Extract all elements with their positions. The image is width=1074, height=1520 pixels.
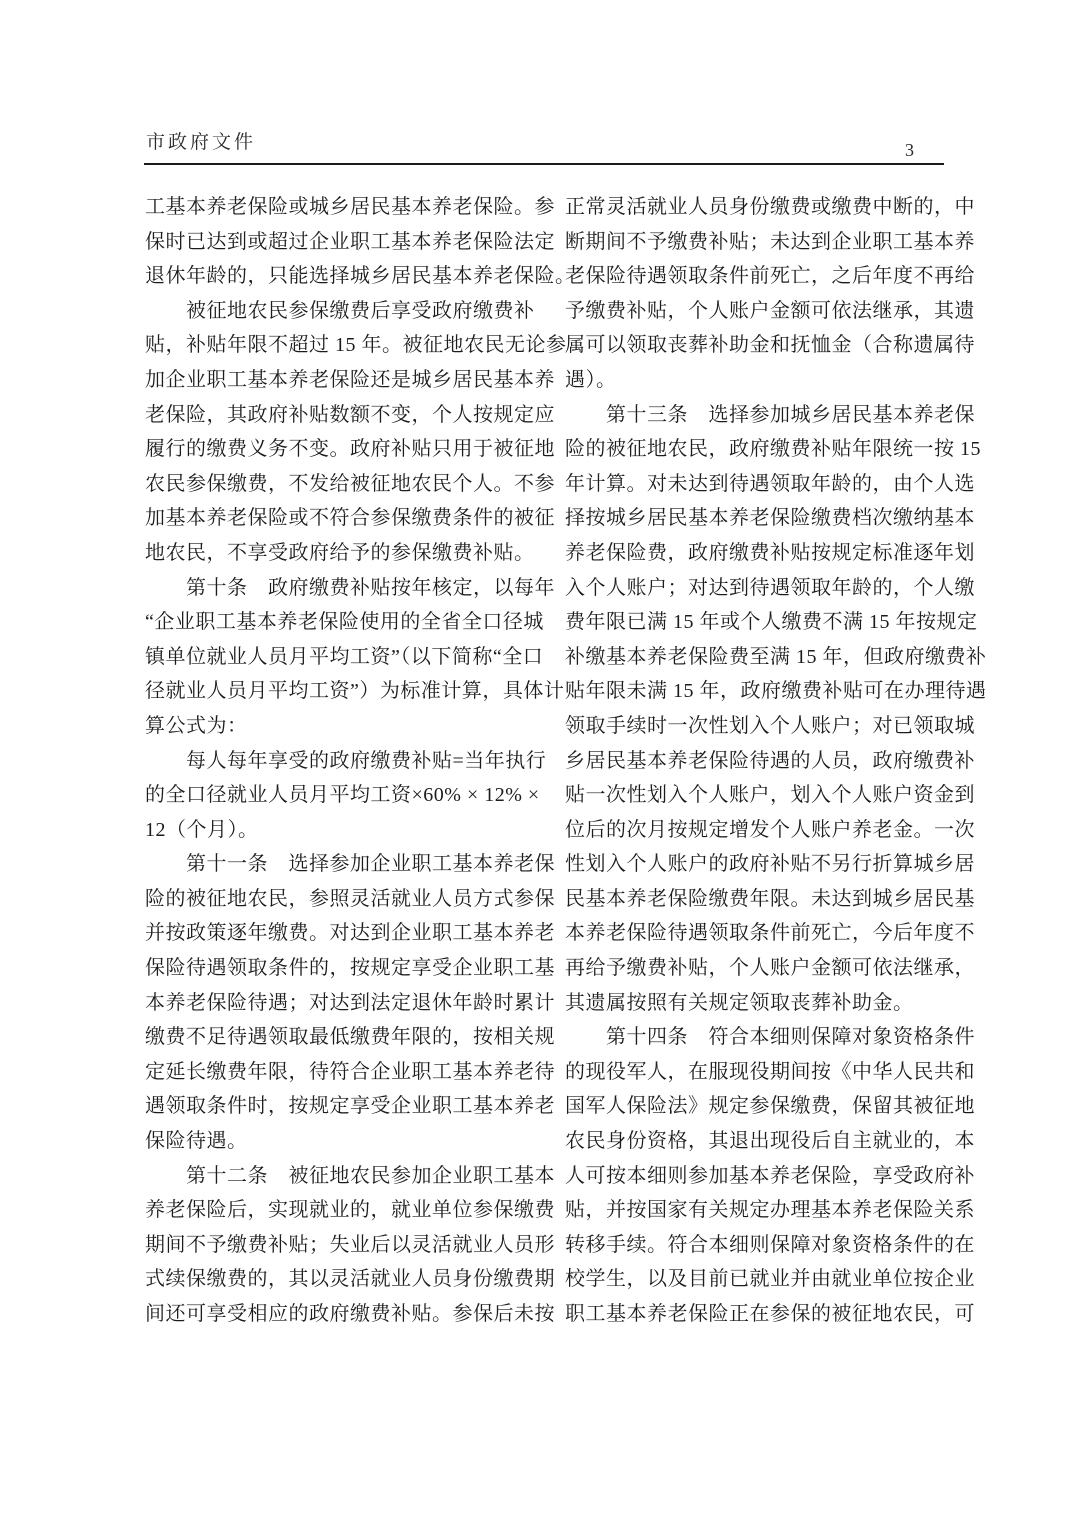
text-line: 费年限已满 15 年或个人缴费不满 15 年按规定: [565, 605, 953, 640]
text-line: 并按政策逐年缴费。对达到企业职工基本养老: [145, 916, 533, 951]
header-rule: [144, 163, 944, 165]
text-line: 予缴费补贴，个人账户金额可依法继承，其遗: [565, 294, 953, 329]
text-line: 年计算。对未达到待遇领取年龄的，由个人选: [565, 467, 953, 502]
text-line: 贴一次性划入个人账户，划入个人账户资金到: [565, 778, 953, 813]
text-line: 民基本养老保险缴费年限。未达到城乡居民基: [565, 882, 953, 917]
text-line: 地农民，不享受政府给予的参保缴费补贴。: [145, 536, 533, 571]
text-line: 位后的次月按规定增发个人账户养老金。一次: [565, 813, 953, 848]
text-line: 转移手续。符合本细则保障对象资格条件的在: [565, 1228, 953, 1263]
text-line: 定延长缴费年限，待符合企业职工基本养老待: [145, 1055, 533, 1090]
text-line: 加基本养老保险或不符合参保缴费条件的被征: [145, 501, 533, 536]
text-line: 保险待遇。: [145, 1124, 533, 1159]
text-line: 再给予缴费补贴，个人账户金额可依法继承，: [565, 951, 953, 986]
text-line: 老保险待遇领取条件前死亡，之后年度不再给: [565, 259, 953, 294]
text-line: 工基本养老保险或城乡居民基本养老保险。参: [145, 190, 533, 225]
text-line: 正常灵活就业人员身份缴费或缴费中断的，中: [565, 190, 953, 225]
text-line: 第十一条 选择参加企业职工基本养老保: [145, 847, 533, 882]
text-line: 第十二条 被征地农民参加企业职工基本: [145, 1159, 533, 1194]
text-line: 第十三条 选择参加城乡居民基本养老保: [565, 398, 953, 433]
text-line: 险的被征地农民，政府缴费补贴年限统一按 15: [565, 432, 953, 467]
text-line: 国军人保险法》规定参保缴费，保留其被征地: [565, 1089, 953, 1124]
text-line: 第十四条 符合本细则保障对象资格条件: [565, 1020, 953, 1055]
text-line: 贴年限未满 15 年，政府缴费补贴可在办理待遇: [565, 674, 953, 709]
content-columns: 工基本养老保险或城乡居民基本养老保险。参保时已达到或超过企业职工基本养老保险法定…: [145, 190, 953, 1332]
text-line: 属可以领取丧葬补助金和抚恤金（合称遗属待: [565, 328, 953, 363]
text-line: “企业职工基本养老保险使用的全省全口径城: [145, 605, 533, 640]
text-line: 第十条 政府缴费补贴按年核定，以每年: [145, 571, 533, 606]
text-line: 人可按本细则参加基本养老保险，享受政府补: [565, 1159, 953, 1194]
text-line: 农民参保缴费，不发给被征地农民个人。不参: [145, 467, 533, 502]
text-line: 每人每年享受的政府缴费补贴=当年执行: [145, 744, 533, 779]
text-line: 镇单位就业人员月平均工资”（以下简称“全口: [145, 640, 533, 675]
left-column: 工基本养老保险或城乡居民基本养老保险。参保时已达到或超过企业职工基本养老保险法定…: [145, 190, 533, 1332]
text-line: 性划入个人账户的政府补贴不另行折算城乡居: [565, 847, 953, 882]
text-line: 的全口径就业人员月平均工资×60% × 12% ×: [145, 778, 533, 813]
text-line: 径就业人员月平均工资”）为标准计算，具体计: [145, 674, 533, 709]
text-line: 间还可享受相应的政府缴费补贴。参保后未按: [145, 1297, 533, 1332]
text-line: 算公式为：: [145, 709, 533, 744]
text-line: 保时已达到或超过企业职工基本养老保险法定: [145, 225, 533, 260]
text-line: 其遗属按照有关规定领取丧葬补助金。: [565, 986, 953, 1021]
text-line: 贴，并按国家有关规定办理基本养老保险关系: [565, 1193, 953, 1228]
text-line: 老保险，其政府补贴数额不变，个人按规定应: [145, 398, 533, 433]
text-line: 补缴基本养老保险费至满 15 年，但政府缴费补: [565, 640, 953, 675]
text-line: 险的被征地农民，参照灵活就业人员方式参保: [145, 882, 533, 917]
text-line: 乡居民基本养老保险待遇的人员，政府缴费补: [565, 744, 953, 779]
text-line: 被征地农民参保缴费后享受政府缴费补: [145, 294, 533, 329]
text-line: 遇领取条件时，按规定享受企业职工基本养老: [145, 1089, 533, 1124]
text-line: 择按城乡居民基本养老保险缴费档次缴纳基本: [565, 501, 953, 536]
text-line: 农民身份资格，其退出现役后自主就业的，本: [565, 1124, 953, 1159]
page-number: 3: [905, 140, 914, 161]
text-line: 养老保险后，实现就业的，就业单位参保缴费: [145, 1193, 533, 1228]
right-column: 正常灵活就业人员身份缴费或缴费中断的，中断期间不予缴费补贴；未达到企业职工基本养…: [565, 190, 953, 1332]
document-page: 市政府文件 3 工基本养老保险或城乡居民基本养老保险。参保时已达到或超过企业职工…: [0, 0, 1074, 1520]
text-line: 贴，补贴年限不超过 15 年。被征地农民无论参: [145, 328, 533, 363]
text-line: 校学生，以及目前已就业并由就业单位按企业: [565, 1262, 953, 1297]
text-line: 退休年龄的，只能选择城乡居民基本养老保险。: [145, 259, 533, 294]
text-line: 遇）。: [565, 363, 953, 398]
text-line: 的现役军人，在服现役期间按《中华人民共和: [565, 1055, 953, 1090]
text-line: 领取手续时一次性划入个人账户；对已领取城: [565, 709, 953, 744]
text-line: 式续保缴费的，其以灵活就业人员身份缴费期: [145, 1262, 533, 1297]
text-line: 保险待遇领取条件的，按规定享受企业职工基: [145, 951, 533, 986]
text-line: 履行的缴费义务不变。政府补贴只用于被征地: [145, 432, 533, 467]
text-line: 入个人账户；对达到待遇领取年龄的，个人缴: [565, 571, 953, 606]
text-line: 养老保险费，政府缴费补贴按规定标准逐年划: [565, 536, 953, 571]
text-line: 12（个月）。: [145, 813, 533, 848]
text-line: 本养老保险待遇；对达到法定退休年龄时累计: [145, 986, 533, 1021]
text-line: 本养老保险待遇领取条件前死亡，今后年度不: [565, 916, 953, 951]
text-line: 职工基本养老保险正在参保的被征地农民，可: [565, 1297, 953, 1332]
text-line: 断期间不予缴费补贴；未达到企业职工基本养: [565, 225, 953, 260]
text-line: 缴费不足待遇领取最低缴费年限的，按相关规: [145, 1020, 533, 1055]
text-line: 期间不予缴费补贴；失业后以灵活就业人员形: [145, 1228, 533, 1263]
header-title: 市政府文件: [146, 127, 256, 154]
text-line: 加企业职工基本养老保险还是城乡居民基本养: [145, 363, 533, 398]
